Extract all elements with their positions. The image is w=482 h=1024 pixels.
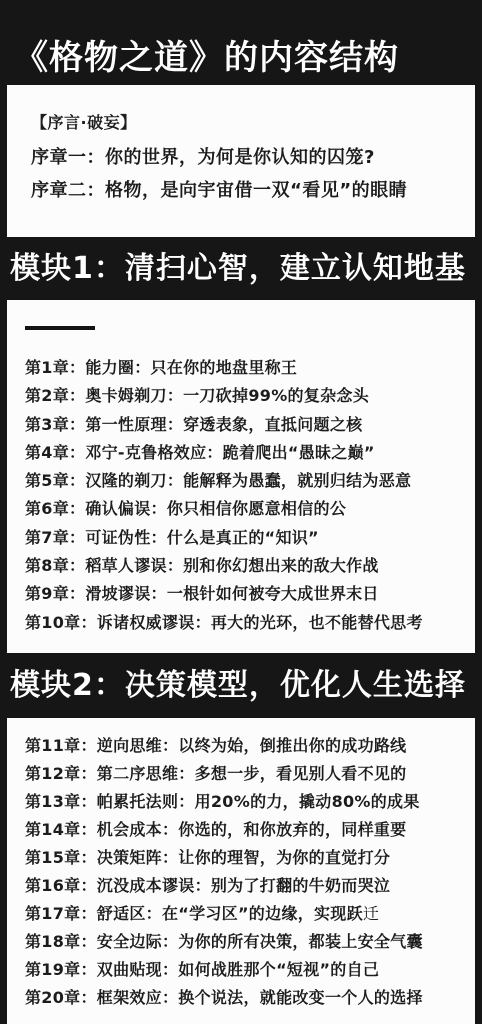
module2-chapter-list: 第11章：逆向思维：以终为始，倒推出你的成功路线第12章：第二序思维：多想一步，… bbox=[25, 732, 465, 1012]
module1-band: 模块1：清扫心智，建立认知地基 bbox=[0, 237, 482, 300]
chapter-line: 第5章：汉隆的剃刀：能解释为愚蠢，就别归结为恶意 bbox=[25, 467, 465, 495]
page-title: 《格物之道》的内容结构 bbox=[14, 41, 399, 75]
divider-dash bbox=[25, 326, 95, 330]
chapter-line: 第7章：可证伪性：什么是真正的“知识” bbox=[25, 524, 465, 552]
module1-title: 模块1：清扫心智，建立认知地基 bbox=[10, 254, 466, 284]
module1-chapter-list: 第1章：能力圈：只在你的地盘里称王第2章：奥卡姆剃刀：一刀砍掉99%的复杂念头第… bbox=[25, 354, 465, 637]
module2-title: 模块2：决策模型，优化人生选择 bbox=[10, 671, 466, 701]
chapter-line: 第20章：框架效应：换个说法，就能改变一个人的选择 bbox=[25, 984, 465, 1012]
chapter-line: 第10章：诉诸权威谬误：再大的光环，也不能替代思考 bbox=[25, 609, 465, 637]
chapter-line: 第19章：双曲贴现：如何战胜那个“短视”的自己 bbox=[25, 956, 465, 984]
chapter-line: 第2章：奥卡姆剃刀：一刀砍掉99%的复杂念头 bbox=[25, 382, 465, 410]
module2-card: 第11章：逆向思维：以终为始，倒推出你的成功路线第12章：第二序思维：多想一步，… bbox=[7, 718, 475, 1024]
chapter-line: 第14章：机会成本：你选的，和你放弃的，同样重要 bbox=[25, 816, 465, 844]
chapter-line: 第11章：逆向思维：以终为始，倒推出你的成功路线 bbox=[25, 732, 465, 760]
chapter-line: 第15章：决策矩阵：让你的理智，为你的直觉打分 bbox=[25, 844, 465, 872]
chapter-line: 第4章：邓宁-克鲁格效应：跪着爬出“愚昧之巅” bbox=[25, 439, 465, 467]
chapter-line: 第17章：舒适区：在“学习区”的边缘，实现跃迁 bbox=[25, 900, 465, 928]
poster-page: 《格物之道》的内容结构 【序言·破妄】 序章一：你的世界，为何是你认知的囚笼?序… bbox=[0, 0, 482, 1024]
preface-list: 序章一：你的世界，为何是你认知的囚笼?序章二：格物，是向宇宙借一双“看见”的眼睛 bbox=[31, 141, 463, 207]
chapter-line: 第8章：稻草人谬误：别和你幻想出来的敌大作战 bbox=[25, 552, 465, 580]
preface-heading: 【序言·破妄】 bbox=[31, 111, 463, 135]
chapter-line: 第18章：安全边际：为你的所有决策，都装上安全气囊 bbox=[25, 928, 465, 956]
preface-card: 【序言·破妄】 序章一：你的世界，为何是你认知的囚笼?序章二：格物，是向宇宙借一… bbox=[7, 85, 475, 237]
chapter-line: 第1章：能力圈：只在你的地盘里称王 bbox=[25, 354, 465, 382]
preface-line: 序章二：格物，是向宇宙借一双“看见”的眼睛 bbox=[31, 174, 463, 207]
chapter-line: 第13章：帕累托法则：用20%的力，撬动80%的成果 bbox=[25, 788, 465, 816]
chapter-line: 第3章：第一性原理：穿透表象，直抵问题之核 bbox=[25, 411, 465, 439]
chapter-line: 第9章：滑坡谬误：一根针如何被夸大成世界末日 bbox=[25, 580, 465, 608]
light-weight-char: 迁 bbox=[363, 904, 379, 923]
preface-line: 序章一：你的世界，为何是你认知的囚笼? bbox=[31, 141, 463, 174]
chapter-line: 第6章：确认偏误：你只相信你愿意相信的公 bbox=[25, 495, 465, 523]
page-header: 《格物之道》的内容结构 bbox=[0, 0, 482, 85]
module2-band: 模块2：决策模型，优化人生选择 bbox=[0, 653, 482, 718]
module1-card: 第1章：能力圈：只在你的地盘里称王第2章：奥卡姆剃刀：一刀砍掉99%的复杂念头第… bbox=[7, 300, 475, 653]
chapter-line: 第12章：第二序思维：多想一步，看见别人看不见的 bbox=[25, 760, 465, 788]
chapter-line: 第16章：沉没成本谬误：别为了打翻的牛奶而哭泣 bbox=[25, 872, 465, 900]
